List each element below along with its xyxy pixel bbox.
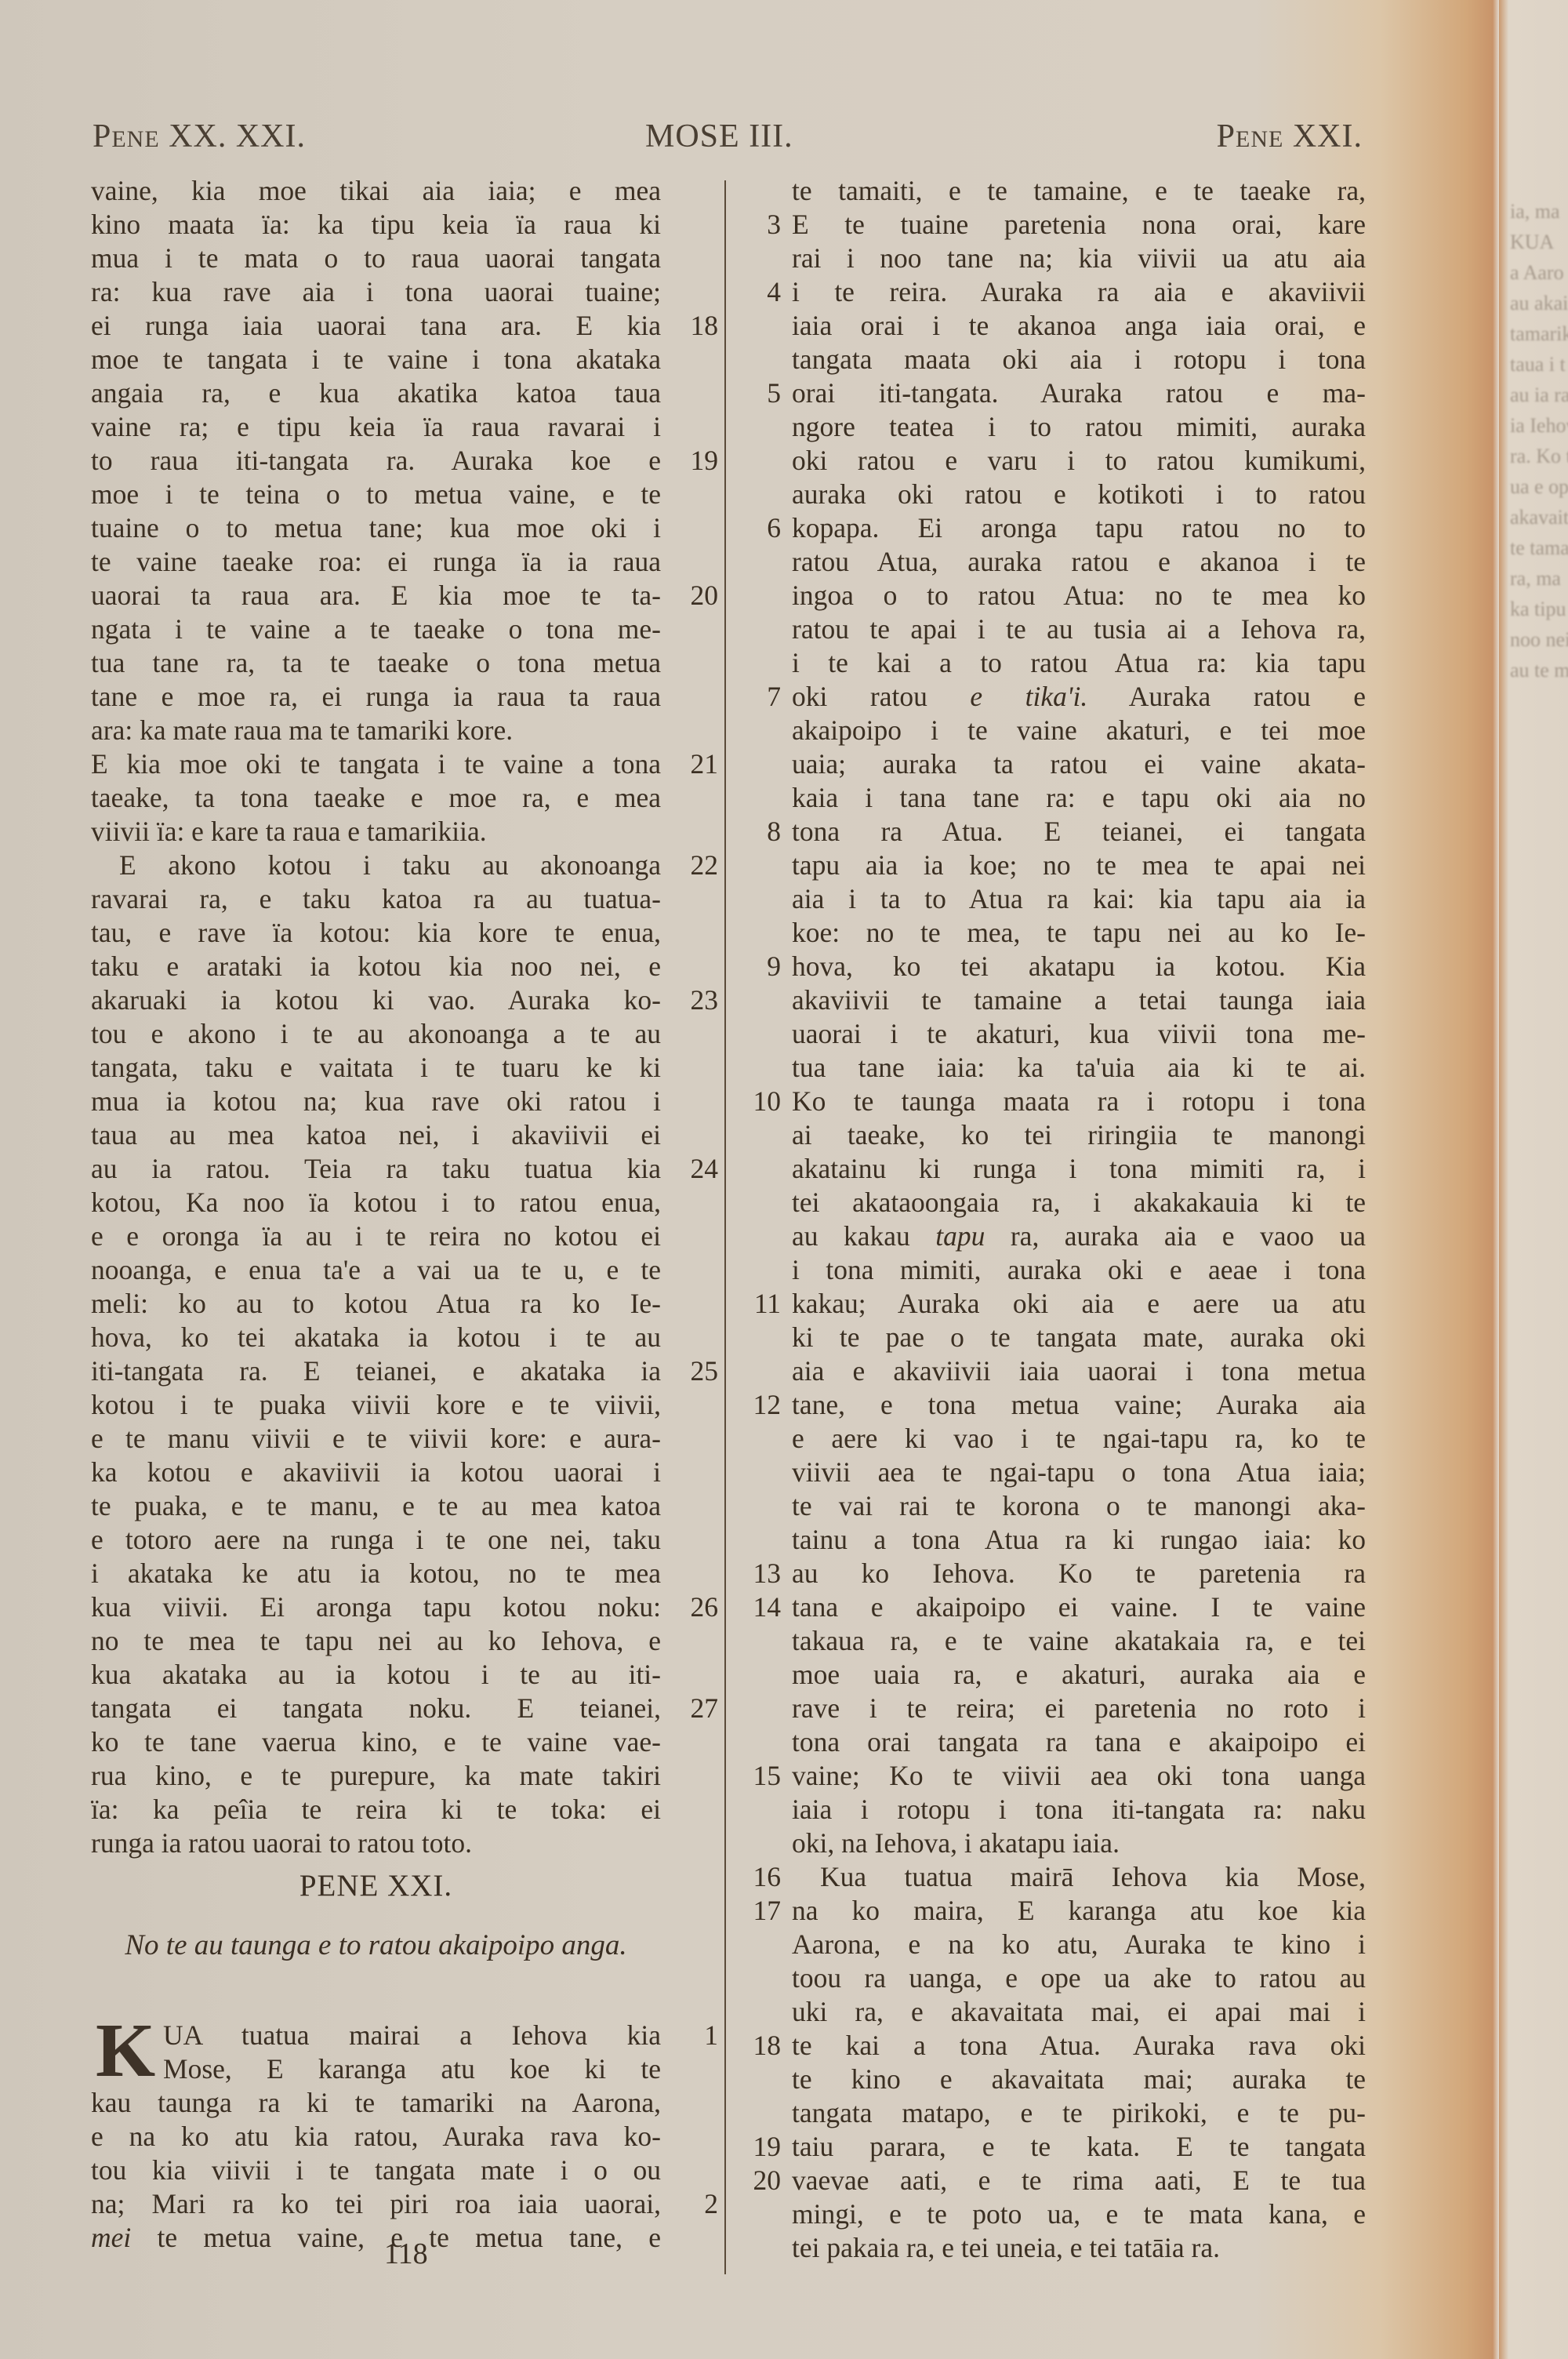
text-line: to raua iti-tangata ra. Auraka koe e19 — [91, 444, 765, 478]
text-line: 7oki ratou e tika'i. Auraka ratou e — [743, 680, 1370, 714]
line-text: ara: ka mate raua ma te tamariki kore. — [91, 714, 661, 747]
line-text-body: te vaine taeake roa: ei runga ïa ia raua — [91, 546, 661, 577]
line-text: e totoro aere na runga i te one nei, tak… — [91, 1523, 661, 1557]
verse-number: 15 — [743, 1759, 781, 1793]
line-text: tona orai tangata ra tana e akaipoipo ei — [792, 1725, 1366, 1759]
line-text: Mose, E karanga atu koe ki te — [91, 2052, 661, 2086]
text-line: 20vaevae aati, e te rima aati, E te tua — [743, 2164, 1370, 2197]
line-text-body: hova, ko tei akatapu ia kotou. Kia — [792, 951, 1366, 982]
line-text-body: tana e akaipoipo ei vaine. I te vaine — [792, 1591, 1366, 1623]
text-line: viivii ïa: e kare ta raua e tamarikiia. — [91, 815, 765, 849]
text-line: 17na ko maira, E karanga atu koe kia — [743, 1894, 1370, 1928]
line-text: uaorai i te akaturi, kua viivii tona me- — [792, 1017, 1366, 1051]
line-text-body: uaorai i te akaturi, kua viivii tona me- — [792, 1018, 1366, 1049]
line-text-body: uaorai ta raua ara. E kia moe te ta- — [91, 580, 661, 611]
line-text-body: moe uaia ra, e akaturi, auraka aia e — [792, 1659, 1366, 1690]
line-text-body: te kino e akavaitata mai; auraka te — [792, 2063, 1366, 2095]
text-line: mingi, e te poto ua, e te mata kana, e — [743, 2197, 1370, 2231]
line-text-body: vaevae aati, e te rima aati, E te tua — [792, 2165, 1366, 2196]
verse-number: 17 — [743, 1894, 781, 1928]
text-line: mei te metua vaine, e te metua tane, e — [91, 2221, 765, 2255]
text-line: akatainu ki runga i tona mimiti ra, i — [743, 1152, 1370, 1186]
line-text: oki ratou e tika'i. Auraka ratou e — [792, 680, 1366, 714]
text-line: ai taeake, ko tei riringiia te manongi — [743, 1118, 1370, 1152]
text-line: tau, e rave ïa kotou: kia kore te enua, — [91, 916, 765, 950]
line-text-body: e aere ki vao i te ngai-tapu ra, ko te — [792, 1423, 1366, 1454]
verse-number: 5 — [743, 376, 781, 410]
next-page-fragment: te tamarik — [1510, 533, 1568, 563]
text-line: tainu a tona Atua ra ki rungao iaia: ko — [743, 1523, 1370, 1557]
text-line: kua viivii. Ei aronga tapu kotou noku:26 — [91, 1590, 765, 1624]
text-line: 18te kai a tona Atua. Auraka rava oki — [743, 2029, 1370, 2063]
line-text: no te mea te tapu nei au ko Iehova, e — [91, 1624, 661, 1658]
line-text-body: runga ia ratou uaorai to ratou toto. — [91, 1827, 472, 1859]
line-text-body: ra, auraka aia e vaoo ua — [985, 1220, 1366, 1252]
line-text-body: tangata ei tangata noku. E teianei, — [91, 1692, 661, 1724]
line-text-body: tane e moe ra, ei runga ia raua ta raua — [91, 681, 661, 712]
text-line: moe i te teina o to metua vaine, e te — [91, 478, 765, 511]
line-text-body: ei runga iaia uaorai tana ara. E kia — [91, 310, 661, 341]
text-line: kua akataka au ia kotou i te au iti- — [91, 1658, 765, 1692]
verse-number: 24 — [671, 1152, 718, 1186]
line-text-body: aia i ta to Atua ra kai: kia tapu aia ia — [792, 883, 1366, 914]
text-line: ngore teatea i to ratou mimiti, auraka — [743, 410, 1370, 444]
text-line: te tamaiti, e te tamaine, e te taeake ra… — [743, 174, 1370, 208]
text-line: ka kotou e akaviivii ia kotou uaorai i — [91, 1456, 765, 1489]
line-text: au ia ratou. Teia ra taku tuatua kia — [91, 1152, 661, 1186]
line-text-body: no te mea te tapu nei au ko Iehova, e — [91, 1625, 661, 1656]
text-line: taua au mea katoa nei, i akaviivii ei — [91, 1118, 765, 1152]
line-text: tona ra Atua. E teianei, ei tangata — [792, 815, 1366, 849]
text-line: mua i te mata o to raua uaorai tangata — [91, 242, 765, 275]
line-text-body: au ko Iehova. Ko te paretenia ra — [792, 1558, 1366, 1589]
line-text: e aere ki vao i te ngai-tapu ra, ko te — [792, 1422, 1366, 1456]
text-line: uaorai ta raua ara. E kia moe te ta-20 — [91, 579, 765, 612]
text-line: 14tana e akaipoipo ei vaine. I te vaine — [743, 1590, 1370, 1624]
line-text: UA tuatua mairai a Iehova kia — [91, 2019, 661, 2052]
line-text: te kai a tona Atua. Auraka rava oki — [792, 2029, 1366, 2063]
line-text: ra: kua rave aia i tona uaorai tuaine; — [91, 275, 661, 309]
line-text: te puaka, e te manu, e te au mea katoa — [91, 1489, 661, 1523]
text-line: 19taiu parara, e te kata. E te tangata — [743, 2130, 1370, 2164]
line-text-body: oki ratou e varu i to ratou kumikumi, — [792, 445, 1366, 476]
verse-number: 1 — [671, 2019, 718, 2052]
line-text: ka kotou e akaviivii ia kotou uaorai i — [91, 1456, 661, 1489]
line-text-body: i tona mimiti, auraka oki e aeae i tona — [792, 1254, 1366, 1285]
verse-number: 6 — [743, 511, 781, 545]
line-text: tangata, taku e vaitata i te tuaru ke ki — [91, 1051, 661, 1085]
next-page-fragment: ra. Ko te — [1510, 441, 1568, 471]
line-text-body: kino maata ïa: ka tipu keia ïa raua ki — [91, 209, 661, 240]
line-text-body: viivii aea te ngai-tapu o tona Atua iaia… — [792, 1456, 1366, 1488]
next-page-edge: ia, maKUAa Aaroau akaitamariktaua i tau … — [1499, 0, 1568, 2359]
text-line: e totoro aere na runga i te one nei, tak… — [91, 1523, 765, 1557]
text-line: akaruaki ia kotou ki vao. Auraka ko-23 — [91, 983, 765, 1017]
text-line: uaorai i te akaturi, kua viivii tona me- — [743, 1017, 1370, 1051]
line-text: ïa: ka peîia te reira ki te toka: ei — [91, 1793, 661, 1826]
line-text: uaorai ta raua ara. E kia moe te ta- — [91, 579, 661, 612]
line-text: toou ra uanga, e ope ua ake to ratou au — [792, 1961, 1366, 1995]
text-line: kau taunga ra ki te tamariki na Aarona, — [91, 2086, 765, 2120]
text-line: vaine, kia moe tikai aia iaia; e mea — [91, 174, 765, 208]
line-text-body: angaia ra, e kua akatika katoa taua — [91, 377, 661, 409]
text-line: E akono kotou i taku au akonoanga22 — [91, 849, 765, 882]
text-line: Aarona, e na ko atu, Auraka te kino i — [743, 1928, 1370, 1961]
text-line: e aere ki vao i te ngai-tapu ra, ko te — [743, 1422, 1370, 1456]
line-text-body: tangata matapo, e te pirikoki, e te pu- — [792, 2097, 1366, 2128]
text-line: e e oronga ïa au i te reira no kotou ei — [91, 1219, 765, 1253]
text-line: na; Mari ra ko tei piri roa iaia uaorai,… — [91, 2187, 765, 2221]
line-text: taeake, ta tona taeake e moe ra, e mea — [91, 781, 661, 815]
verse-number: 20 — [743, 2164, 781, 2197]
line-text-body: ngore teatea i to ratou mimiti, auraka — [792, 411, 1366, 442]
text-line: te kino e akavaitata mai; auraka te — [743, 2063, 1370, 2096]
line-text: na; Mari ra ko tei piri roa iaia uaorai, — [91, 2187, 661, 2221]
line-text: E kia moe oki te tangata i te vaine a to… — [91, 747, 661, 781]
text-line: ingoa o to ratou Atua: no te mea ko — [743, 579, 1370, 612]
text-line: i te kai a to ratou Atua ra: kia tapu — [743, 646, 1370, 680]
line-text-body: iti-tangata ra. E teianei, e akataka ia — [91, 1355, 661, 1387]
line-text-body: tua tane ra, ta te taeake o tona metua — [91, 647, 661, 678]
line-text: tane e moe ra, ei runga ia raua ta raua — [91, 680, 661, 714]
line-text-body: na ko maira, E karanga atu koe kia — [792, 1895, 1366, 1926]
line-text-body: ïa: ka peîia te reira ki te toka: ei — [91, 1794, 661, 1825]
line-text-body: kotou, Ka noo ïa kotou i to ratou enua, — [91, 1187, 661, 1218]
line-text-body: ratou te apai i te au tusia ai a Iehova … — [792, 613, 1366, 645]
line-text-body: nooanga, e enua ta'e a vai ua te u, e te — [91, 1254, 661, 1285]
line-text-body: kotou i te puaka viivii kore e te viivii… — [91, 1389, 661, 1420]
line-text-body: vaine, kia moe tikai aia iaia; e mea — [91, 175, 661, 206]
line-text-body: tua tane iaia: ka ta'uia aia ki te ai. — [792, 1052, 1366, 1083]
line-text-body: moe te tangata i te vaine i tona akataka — [91, 343, 661, 375]
line-text: taua au mea katoa nei, i akaviivii ei — [91, 1118, 661, 1152]
line-text: ai taeake, ko tei riringiia te manongi — [792, 1118, 1366, 1152]
next-page-fragment: ia Iehov — [1510, 410, 1568, 441]
line-text-body: rave i te reira; ei paretenia no roto i — [792, 1692, 1366, 1724]
line-text: rua kino, e te purepure, ka mate takiri — [91, 1759, 661, 1793]
line-text: akatainu ki runga i tona mimiti ra, i — [792, 1152, 1366, 1186]
text-line: 6kopapa. Ei aronga tapu ratou no to — [743, 511, 1370, 545]
next-page-text: ia, maKUAa Aaroau akaitamariktaua i tau … — [1510, 196, 1568, 685]
line-text-body: e totoro aere na runga i te one nei, tak… — [91, 1524, 661, 1555]
line-text: moe uaia ra, e akaturi, auraka aia e — [792, 1658, 1366, 1692]
line-text: tangata ei tangata noku. E teianei, — [91, 1692, 661, 1725]
line-text-body: te puaka, e te manu, e te au mea katoa — [91, 1490, 661, 1521]
line-text: i te kai a to ratou Atua ra: kia tapu — [792, 646, 1366, 680]
next-page-fragment: KUA — [1510, 227, 1568, 257]
verse-number: 12 — [743, 1388, 781, 1422]
line-text: akaruaki ia kotou ki vao. Auraka ko- — [91, 983, 661, 1017]
line-text: aia i ta to Atua ra kai: kia tapu aia ia — [792, 882, 1366, 916]
line-text: kotou, Ka noo ïa kotou i to ratou enua, — [91, 1186, 661, 1219]
verse-number: 16 — [743, 1860, 781, 1894]
line-text-body: moe i te teina o to metua vaine, e te — [91, 478, 661, 510]
text-line: te vai rai te korona o te manongi aka- — [743, 1489, 1370, 1523]
text-line: takaua ra, e te vaine akatakaia ra, e te… — [743, 1624, 1370, 1658]
line-text: i te reira. Auraka ra aia e akaviivii — [792, 275, 1366, 309]
line-text-body: tou e akono i te au akonoanga a te au — [91, 1018, 661, 1049]
line-text: oki ratou e varu i to ratou kumikumi, — [792, 444, 1366, 478]
text-line: iti-tangata ra. E teianei, e akataka ia2… — [91, 1354, 765, 1388]
text-line: e na ko atu kia ratou, Auraka rava ko- — [91, 2120, 765, 2154]
next-page-fragment: noo nei: Ko — [1510, 624, 1568, 655]
line-text: i akataka ke atu ia kotou, no te mea — [91, 1557, 661, 1590]
line-text: iti-tangata ra. E teianei, e akataka ia — [91, 1354, 661, 1388]
line-text-body: tapu aia ia koe; no te mea te apai nei — [792, 849, 1366, 881]
text-line: 3E te tuaine paretenia nona orai, kare — [743, 208, 1370, 242]
line-text: taku e arataki ia kotou kia noo nei, e — [91, 950, 661, 983]
line-text-body: au ia ratou. Teia ra taku tuatua kia — [91, 1153, 661, 1184]
line-text: iaia i rotopu i tona iti-tangata ra: nak… — [792, 1793, 1366, 1826]
line-text: vaine; Ko te viivii aea oki tona uanga — [792, 1759, 1366, 1793]
line-text: kopapa. Ei aronga tapu ratou no to — [792, 511, 1366, 545]
next-page-fragment: ka tipu keia — [1510, 594, 1568, 624]
line-text-body: tangata, taku e vaitata i te tuaru ke ki — [91, 1052, 661, 1083]
line-text-body: ratou Atua, auraka ratou e akanoa i te — [792, 546, 1366, 577]
line-text-body: tangata maata oki aia i rotopu i tona — [792, 343, 1366, 375]
text-line: tei akataoongaia ra, i akakakauia ki te — [743, 1186, 1370, 1219]
line-text-body: taua au mea katoa nei, i akaviivii ei — [91, 1119, 661, 1150]
line-text-body: mua ia kotou na; kua rave oki ratou i — [91, 1085, 661, 1117]
line-text-body: kau taunga ra ki te tamariki na Aarona, — [91, 2087, 661, 2118]
line-text-body: akaruaki ia kotou ki vao. Auraka ko- — [91, 984, 661, 1016]
line-text: ratou Atua, auraka ratou e akanoa i te — [792, 545, 1366, 579]
line-text: rai i noo tane na; kia viivii ua atu aia — [792, 242, 1366, 275]
book-page: PENE XX. XXI. MOSE III. PENE XXI. vaine,… — [0, 0, 1490, 2359]
text-line: oki ratou e varu i to ratou kumikumi, — [743, 444, 1370, 478]
line-text-body: kaia i tana tane ra: e tapu oki aia no — [792, 782, 1366, 813]
line-text-body: mingi, e te poto ua, e te mata kana, e — [792, 2198, 1366, 2230]
line-text-body: hova, ko tei akataka ia kotou i te au — [91, 1321, 661, 1353]
text-line: iaia i rotopu i tona iti-tangata ra: nak… — [743, 1793, 1370, 1826]
line-text-pre: oki ratou — [792, 681, 970, 712]
line-text: kua viivii. Ei aronga tapu kotou noku: — [91, 1590, 661, 1624]
line-text: aia e akaviivii iaia uaorai i tona metua — [792, 1354, 1366, 1388]
text-line: UA tuatua mairai a Iehova kia1 — [91, 2019, 765, 2052]
text-line: vaine ra; e tipu keia ïa raua ravarai i — [91, 410, 765, 444]
text-line: tou e akono i te au akonoanga a te au — [91, 1017, 765, 1051]
line-text-body: tane, e tona metua vaine; Auraka aia — [792, 1389, 1366, 1420]
line-text-body: E kia moe oki te tangata i te vaine a to… — [91, 748, 661, 780]
line-text-body: i te reira. Auraka ra aia e akaviivii — [792, 276, 1366, 307]
line-text-body: iaia i rotopu i tona iti-tangata ra: nak… — [792, 1794, 1366, 1825]
text-line: meli: ko au to kotou Atua ra ko Ie- — [91, 1287, 765, 1321]
line-text-body: na; Mari ra ko tei piri roa iaia uaorai, — [91, 2188, 661, 2219]
line-text-body: rai i noo tane na; kia viivii ua atu aia — [792, 242, 1366, 274]
line-text-body: tona ra Atua. E teianei, ei tangata — [792, 816, 1366, 847]
line-text-body: Aarona, e na ko atu, Auraka te kino i — [792, 1928, 1366, 1960]
line-text: kua akataka au ia kotou i te au iti- — [91, 1658, 661, 1692]
line-text: tainu a tona Atua ra ki rungao iaia: ko — [792, 1523, 1366, 1557]
text-line: koe: no te mea, te tapu nei au ko Ie- — [743, 916, 1370, 950]
line-text-body: Ko te taunga maata ra i rotopu i tona — [792, 1085, 1366, 1117]
text-line: nooanga, e enua ta'e a vai ua te u, e te — [91, 1253, 765, 1287]
line-text-body: ingoa o to ratou Atua: no te mea ko — [792, 580, 1366, 611]
line-text: tangata maata oki aia i rotopu i tona — [792, 343, 1366, 376]
text-line: hova, ko tei akataka ia kotou i te au — [91, 1321, 765, 1354]
line-text-body: aia e akaviivii iaia uaorai i tona metua — [792, 1355, 1366, 1387]
line-text: meli: ko au to kotou Atua ra ko Ie- — [91, 1287, 661, 1321]
verse-number: 7 — [743, 680, 781, 714]
line-text: moe i te teina o to metua vaine, e te — [91, 478, 661, 511]
line-text: ravarai ra, e taku katoa ra au tuatua- — [91, 882, 661, 916]
page-number: 118 — [384, 2237, 428, 2271]
text-line: taku e arataki ia kotou kia noo nei, e — [91, 950, 765, 983]
line-text-body: ki te pae o te tangata mate, auraka oki — [792, 1321, 1366, 1353]
text-line: tane e moe ra, ei runga ia raua ta raua — [91, 680, 765, 714]
line-text-body: te kai a tona Atua. Auraka rava oki — [792, 2030, 1366, 2061]
next-page-fragment: tamarik — [1510, 318, 1568, 349]
line-text: auraka oki ratou e kotikoti i to ratou — [792, 478, 1366, 511]
chapter-title: PENE XXI. — [91, 1868, 661, 1903]
next-page-fragment: au akai — [1510, 288, 1568, 318]
text-line: au kakau tapu ra, auraka aia e vaoo ua — [743, 1219, 1370, 1253]
line-text-body: meli: ko au to kotou Atua ra ko Ie- — [91, 1288, 661, 1319]
text-line: 13au ko Iehova. Ko te paretenia ra — [743, 1557, 1370, 1590]
verse-number: 19 — [743, 2130, 781, 2164]
line-text-body: ra: kua rave aia i tona uaorai tuaine; — [91, 276, 661, 307]
text-line: 12tane, e tona metua vaine; Auraka aia — [743, 1388, 1370, 1422]
text-line: e te manu viivii e te viivii kore: e aur… — [91, 1422, 765, 1456]
text-line: kotou, Ka noo ïa kotou i to ratou enua, — [91, 1186, 765, 1219]
line-text-body: to raua iti-tangata ra. Auraka koe e — [91, 445, 661, 476]
line-text-body: tuaine o to metua tane; kua moe oki i — [91, 512, 661, 543]
line-text: kakau; Auraka oki aia e aere ua atu — [792, 1287, 1366, 1321]
line-text-body: te tamaiti, e te tamaine, e te taeake ra… — [792, 175, 1366, 206]
line-text: au ko Iehova. Ko te paretenia ra — [792, 1557, 1366, 1590]
line-text-body: taku e arataki ia kotou kia noo nei, e — [91, 951, 661, 982]
line-text: koe: no te mea, te tapu nei au ko Ie- — [792, 916, 1366, 950]
text-line: akaipoipo i te vaine akaturi, e tei moe — [743, 714, 1370, 747]
line-text: hova, ko tei akatapu ia kotou. Kia — [792, 950, 1366, 983]
verse-number: 8 — [743, 815, 781, 849]
line-text-body: e na ko atu kia ratou, Auraka rava ko- — [91, 2121, 661, 2152]
text-line: viivii aea te ngai-tapu o tona Atua iaia… — [743, 1456, 1370, 1489]
text-line: au ia ratou. Teia ra taku tuatua kia24 — [91, 1152, 765, 1186]
text-line: 8tona ra Atua. E teianei, ei tangata — [743, 815, 1370, 849]
text-line: tua tane ra, ta te taeake o tona metua — [91, 646, 765, 680]
text-line: ki te pae o te tangata mate, auraka oki — [743, 1321, 1370, 1354]
running-head-book-title: MOSE III. — [645, 118, 793, 155]
line-text: kaia i tana tane ra: e tapu oki aia no — [792, 781, 1366, 815]
text-line: 5orai iti-tangata. Auraka ratou e ma- — [743, 376, 1370, 410]
line-text-body: i te kai a to ratou Atua ra: kia tapu — [792, 647, 1366, 678]
running-head-left: PENE XX. XXI. — [93, 118, 306, 155]
line-text-body: E akono kotou i taku au akonoanga — [119, 849, 661, 881]
line-text-body: takaua ra, e te vaine akatakaia ra, e te… — [792, 1625, 1366, 1656]
text-line: 4i te reira. Auraka ra aia e akaviivii — [743, 275, 1370, 309]
text-line: mua ia kotou na; kua rave oki ratou i — [91, 1085, 765, 1118]
verse-number: 9 — [743, 950, 781, 983]
next-page-fragment: ra, ma — [1510, 563, 1568, 594]
running-head-right: PENE XXI. — [1217, 118, 1363, 155]
text-line: no te mea te tapu nei au ko Iehova, e — [91, 1624, 765, 1658]
line-text: oki, na Iehova, i akatapu iaia. — [792, 1826, 1366, 1860]
line-text-body: Kua tuatua mairā Iehova kia Mose, — [820, 1861, 1366, 1892]
verse-number: 3 — [743, 208, 781, 242]
next-page-fragment: akavaitat — [1510, 502, 1568, 533]
text-line: ïa: ka peîia te reira ki te toka: ei — [91, 1793, 765, 1826]
line-text-body: kakau; Auraka oki aia e aere ua atu — [792, 1288, 1366, 1319]
line-text-body: koe: no te mea, te tapu nei au ko Ie- — [792, 917, 1366, 948]
verse-number: 21 — [671, 747, 718, 781]
line-text: to raua iti-tangata ra. Auraka koe e — [91, 444, 661, 478]
line-text-body: ai taeake, ko tei riringiia te manongi — [792, 1119, 1366, 1150]
next-page-fragment: ua e ope — [1510, 471, 1568, 502]
text-line: tei pakaia ra, e tei uneia, e tei tatāia… — [743, 2231, 1370, 2265]
line-text: takaua ra, e te vaine akatakaia ra, e te… — [792, 1624, 1366, 1658]
line-text: kotou i te puaka viivii kore e te viivii… — [91, 1388, 661, 1422]
line-text: akaviivii te tamaine a tetai taunga iaia — [792, 983, 1366, 1017]
line-text-body: kua akataka au ia kotou i te au iti- — [91, 1659, 661, 1690]
line-text: na ko maira, E karanga atu koe kia — [792, 1894, 1366, 1928]
line-text-body: tau, e rave ïa kotou: kia kore te enua, — [91, 917, 661, 948]
line-text: ei runga iaia uaorai tana ara. E kia — [91, 309, 661, 343]
text-line: rave i te reira; ei paretenia no roto i — [743, 1692, 1370, 1725]
line-text: viivii aea te ngai-tapu o tona Atua iaia… — [792, 1456, 1366, 1489]
line-text: au kakau tapu ra, auraka aia e vaoo ua — [792, 1219, 1366, 1253]
line-text: akaipoipo i te vaine akaturi, e tei moe — [792, 714, 1366, 747]
line-text: tuaine o to metua tane; kua moe oki i — [91, 511, 661, 545]
line-text: runga ia ratou uaorai to ratou toto. — [91, 1826, 661, 1860]
text-line: i tona mimiti, auraka oki e aeae i tona — [743, 1253, 1370, 1287]
line-text-body: i akataka ke atu ia kotou, no te mea — [91, 1558, 661, 1589]
line-text: mua ia kotou na; kua rave oki ratou i — [91, 1085, 661, 1118]
text-line: tou kia viivii i te tangata mate i o ou — [91, 2154, 765, 2187]
line-text: mei te metua vaine, e te metua tane, e — [91, 2221, 661, 2255]
text-line: 16Kua tuatua mairā Iehova kia Mose, — [743, 1860, 1370, 1894]
line-text: iaia orai i te akanoa anga iaia orai, e — [792, 309, 1366, 343]
text-line: te puaka, e te manu, e te au mea katoa — [91, 1489, 765, 1523]
text-line: ravarai ra, e taku katoa ra au tuatua- — [91, 882, 765, 916]
line-text-body: mua i te mata o to raua uaorai tangata — [91, 242, 661, 274]
line-text: ratou te apai i te au tusia ai a Iehova … — [792, 612, 1366, 646]
next-page-fragment: au ia ra — [1510, 380, 1568, 410]
text-line: ratou te apai i te au tusia ai a Iehova … — [743, 612, 1370, 646]
line-text: kau taunga ra ki te tamariki na Aarona, — [91, 2086, 661, 2120]
text-line: iaia orai i te akanoa anga iaia orai, e — [743, 309, 1370, 343]
text-line: toou ra uanga, e ope ua ake to ratou au — [743, 1961, 1370, 1995]
line-text-body: viivii ïa: e kare ta raua e tamarikiia. — [91, 816, 487, 847]
line-text: tei pakaia ra, e tei uneia, e tei tatāia… — [792, 2231, 1366, 2265]
text-line: E kia moe oki te tangata i te vaine a to… — [91, 747, 765, 781]
text-line: kino maata ïa: ka tipu keia ïa raua ki — [91, 208, 765, 242]
text-line: taeake, ta tona taeake e moe ra, e mea — [91, 781, 765, 815]
line-text: Aarona, e na ko atu, Auraka te kino i — [792, 1928, 1366, 1961]
text-line: aia i ta to Atua ra kai: kia tapu aia ia — [743, 882, 1370, 916]
text-line: ngata i te vaine a te taeake o tona me- — [91, 612, 765, 646]
line-text: i tona mimiti, auraka oki e aeae i tona — [792, 1253, 1366, 1287]
line-text: rave i te reira; ei paretenia no roto i — [792, 1692, 1366, 1725]
line-text-body: ko te tane vaerua kino, e te vaine vae- — [91, 1726, 661, 1757]
text-line: te vaine taeake roa: ei runga ïa ia raua — [91, 545, 765, 579]
line-text: ingoa o to ratou Atua: no te mea ko — [792, 579, 1366, 612]
text-line: ara: ka mate raua ma te tamariki kore. — [91, 714, 765, 747]
verse-number: 25 — [671, 1354, 718, 1388]
line-text-body: orai iti-tangata. Auraka ratou e ma- — [792, 377, 1366, 409]
text-line: kotou i te puaka viivii kore e te viivii… — [91, 1388, 765, 1422]
verse-number: 19 — [671, 444, 718, 478]
verse-number: 14 — [743, 1590, 781, 1624]
verse-number: 26 — [671, 1590, 718, 1624]
line-text: ki te pae o te tangata mate, auraka oki — [792, 1321, 1366, 1354]
text-line: ra: kua rave aia i tona uaorai tuaine; — [91, 275, 765, 309]
next-page-fragment: a Aaro — [1510, 257, 1568, 288]
text-line: uaia; auraka ta ratou ei vaine akata- — [743, 747, 1370, 781]
line-text-body: tainu a tona Atua ra ki rungao iaia: ko — [792, 1524, 1366, 1555]
text-line: tangata, taku e vaitata i te tuaru ke ki — [91, 1051, 765, 1085]
line-text: taiu parara, e te kata. E te tangata — [792, 2130, 1366, 2164]
